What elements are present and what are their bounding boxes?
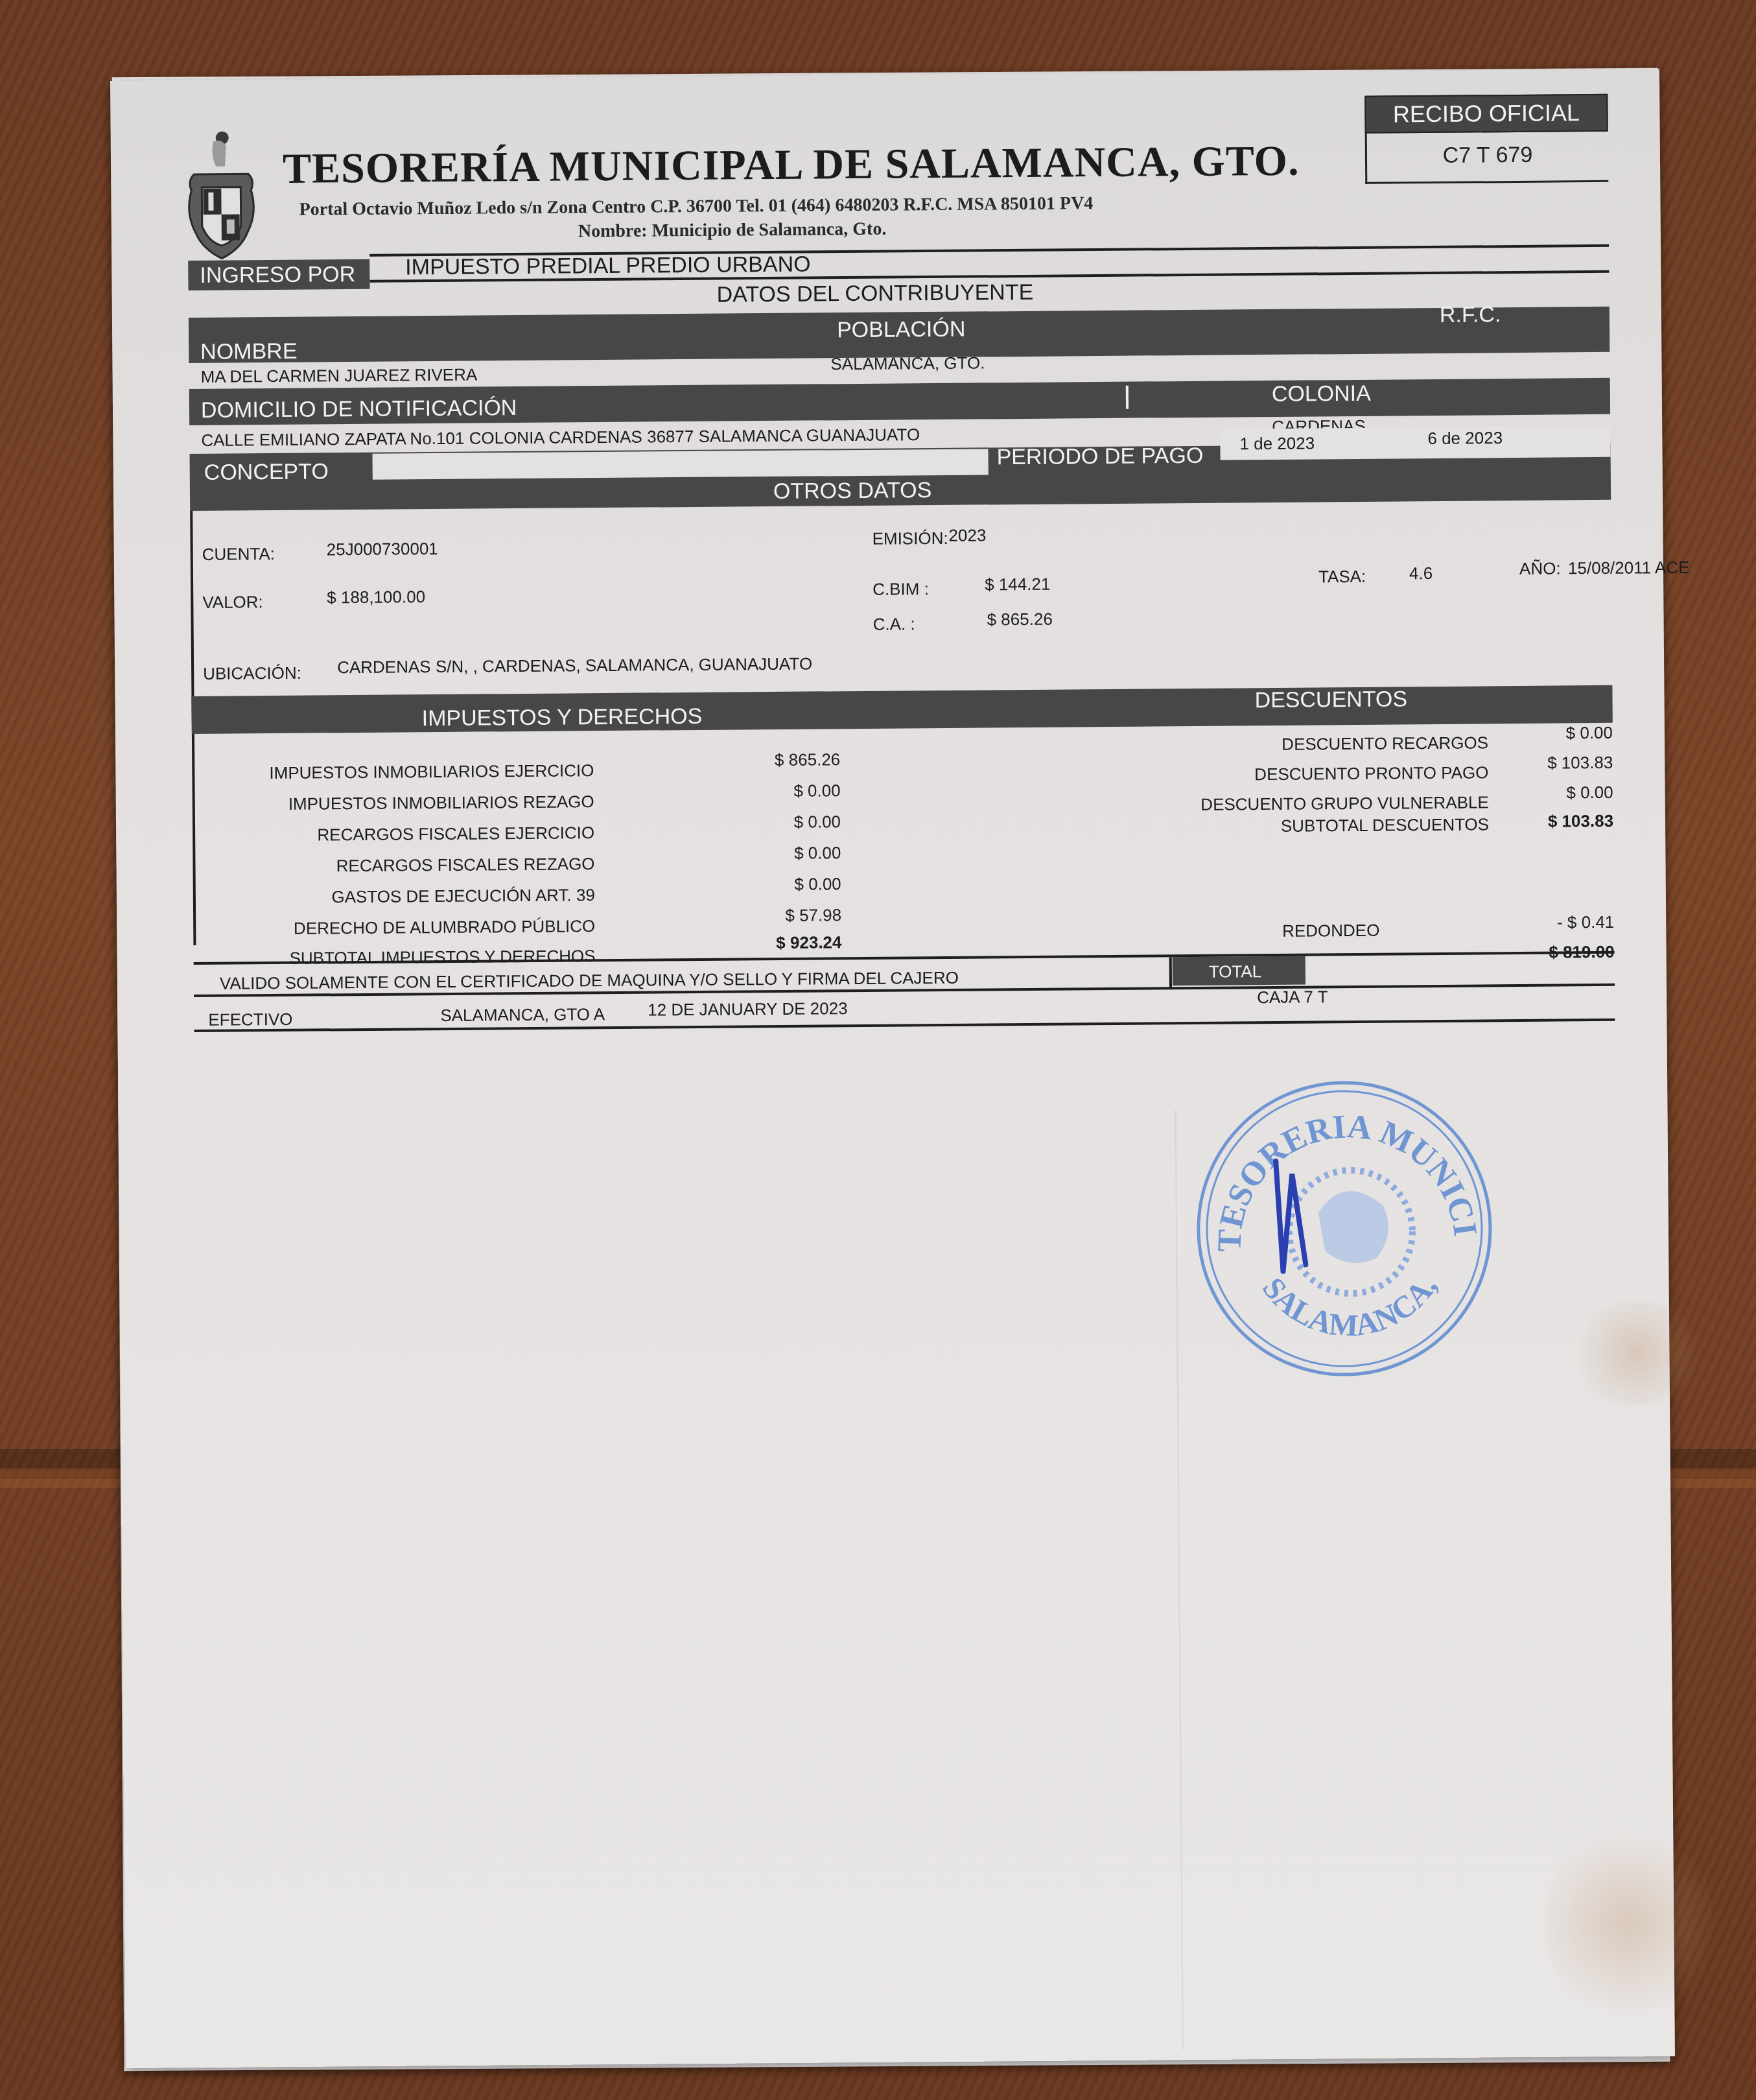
domicilio-label: DOMICILIO DE NOTIFICACIÓN (201, 395, 517, 423)
descuentos-subtotal-label: SUBTOTAL DESCUENTOS (1035, 814, 1489, 838)
periodo-field: 1 de 2023 6 de 2023 (1220, 426, 1610, 460)
emision-label: EMISIÓN: (872, 528, 948, 549)
descuentos-subtotal-amount: $ 103.83 (1502, 811, 1613, 832)
impuesto-label: IMPUESTOS INMOBILIARIOS REZAGO (212, 792, 594, 815)
emision-value: 2023 (948, 525, 986, 545)
rule (194, 1019, 1615, 1032)
otros-datos-title: OTROS DATOS (773, 478, 932, 504)
poblacion-label: POBLACIÓN (837, 317, 966, 344)
concepto-bar: CONCEPTO PERIODO DE PAGO 1 de 2023 6 de … (190, 443, 1611, 511)
ubicacion-value: CARDENAS S/N, , CARDENAS, SALAMANCA, GUA… (337, 654, 812, 678)
institution-title: TESORERÍA MUNICIPAL DE SALAMANCA, GTO. (283, 137, 1300, 194)
tasa-label: TASA: (1318, 567, 1366, 587)
poblacion-value: SALAMANCA, GTO. (830, 353, 985, 374)
institution-address: Portal Octavio Muñoz Ledo s/n Zona Centr… (299, 193, 1093, 220)
institution-name: Nombre: Municipio de Salamanca, Gto. (578, 219, 887, 242)
impuesto-label: GASTOS DE EJECUCIÓN ART. 39 (213, 885, 595, 908)
rfc-label: R.F.C. (1440, 302, 1501, 328)
descuento-amount: $ 103.83 (1501, 753, 1613, 773)
ubicacion-label: UBICACIÓN: (203, 663, 301, 684)
paper-stain (1543, 1819, 1714, 2028)
cbim-value: $ 144.21 (985, 574, 1050, 595)
signature-mark (1276, 1161, 1305, 1271)
nombre-label: NOMBRE (200, 339, 298, 365)
anio-value: 15/08/2011 ACE (1568, 558, 1690, 578)
impuestos-section-title: IMPUESTOS Y DERECHOS (422, 704, 703, 731)
forma-pago: EFECTIVO (208, 1009, 292, 1030)
nombre-value: MA DEL CARMEN JUAREZ RIVERA (200, 365, 477, 387)
lugar: SALAMANCA, GTO A (440, 1004, 605, 1026)
redondeo-label: REDONDEO (1165, 921, 1379, 943)
caja: CAJA 7 T (1257, 987, 1328, 1008)
column-divider (1126, 386, 1129, 409)
impuesto-amount: $ 0.00 (712, 874, 841, 895)
impuestos-subtotal-amount: $ 923.24 (712, 932, 841, 954)
cbim-label: C.BIM : (872, 579, 929, 600)
impuesto-amount: $ 865.26 (710, 749, 840, 771)
concepto-field (373, 449, 989, 479)
impuestos-subtotal-label: SUBTOTAL IMPUESTOS Y DERECHOS (213, 946, 596, 969)
total-label: TOTAL (1209, 962, 1262, 982)
receipt-document: TESORERÍA MUNICIPAL DE SALAMANCA, GTO. P… (110, 69, 1675, 2068)
cuenta-label: CUENTA: (202, 544, 275, 565)
valor-value: $ 188,100.00 (327, 587, 425, 608)
cuenta-value: 25J000730001 (327, 539, 438, 560)
paper-stain (1565, 1301, 1709, 1406)
periodo-hasta: 6 de 2023 (1427, 428, 1503, 449)
total-label-bar: TOTAL (1173, 956, 1305, 986)
contribuyente-section-title: DATOS DEL CONTRIBUYENTE (716, 280, 1033, 308)
ingreso-label: INGRESO POR (200, 262, 355, 289)
ingreso-label-bar: INGRESO POR (188, 259, 369, 290)
paper-fold (1175, 1110, 1184, 2050)
impuesto-amount: $ 0.00 (711, 843, 841, 864)
periodo-label: PERIODO DE PAGO (996, 443, 1203, 471)
descuento-label: DESCUENTO GRUPO VULNERABLE (1035, 792, 1489, 816)
ingreso-value: IMPUESTO PREDIAL PREDIO URBANO (405, 252, 811, 281)
total-amount: $ 819.00 (1425, 942, 1615, 963)
receipt-label: RECIBO OFICIAL (1364, 94, 1608, 134)
concepto-label: CONCEPTO (204, 459, 329, 486)
periodo-desde: 1 de 2023 (1239, 433, 1315, 454)
valor-label: VALOR: (202, 592, 263, 613)
descuento-amount: $ 0.00 (1502, 783, 1613, 803)
receipt-number-box: RECIBO OFICIAL C7 T 679 (1364, 94, 1608, 184)
municipal-crest-icon (182, 128, 261, 262)
descuentos-section-title: DESCUENTOS (1254, 687, 1407, 713)
colonia-label: COLONIA (1272, 381, 1371, 407)
tasa-value: 4.6 (1409, 563, 1433, 584)
impuesto-amount: $ 0.00 (711, 812, 841, 833)
impuesto-amount: $ 0.00 (711, 781, 841, 802)
redondeo-amount: - $ 0.41 (1503, 912, 1614, 933)
impuestos-descuentos-bar: IMPUESTOS Y DERECHOS DESCUENTOS (191, 685, 1612, 734)
receipt-number: C7 T 679 (1365, 132, 1609, 184)
domicilio-value: CALLE EMILIANO ZAPATA No.101 COLONIA CAR… (201, 425, 920, 451)
descuento-label: DESCUENTO PRONTO PAGO (1035, 762, 1488, 786)
ca-label: C.A. : (872, 614, 915, 635)
fecha: 12 DE JANUARY DE 2023 (648, 998, 848, 1020)
receipt-form: INGRESO POR IMPUESTO PREDIAL PREDIO URBA… (188, 244, 1609, 255)
impuesto-label: RECARGOS FISCALES REZAGO (212, 854, 594, 877)
impuesto-amount: $ 57.98 (712, 905, 841, 926)
impuesto-label: IMPUESTOS INMOBILIARIOS EJERCICIO (211, 761, 594, 784)
impuesto-label: DERECHO DE ALUMBRADO PÚBLICO (213, 916, 595, 939)
descuento-amount: $ 0.00 (1501, 723, 1613, 744)
ca-value: $ 865.26 (987, 609, 1052, 630)
impuesto-label: RECARGOS FISCALES EJERCICIO (212, 823, 594, 846)
official-seal-icon: TESORERIA MUNICIPAL SALAMANCA, GTO. (1188, 1075, 1501, 1382)
anio-label: AÑO: (1519, 558, 1561, 578)
descuento-label: DESCUENTO RECARGOS (1035, 733, 1488, 756)
